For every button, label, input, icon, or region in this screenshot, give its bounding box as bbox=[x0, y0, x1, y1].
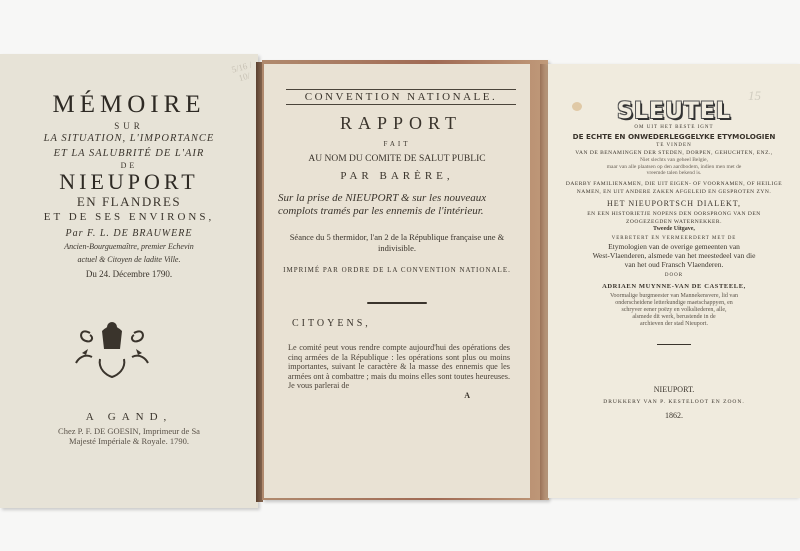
bio-line: Voormalige burgmeester van Mannekensvere… bbox=[548, 293, 800, 300]
book-edition: Tweede Uitgave, bbox=[548, 226, 800, 232]
book-seance: Séance du 5 thermidor, l'an 2 de la Répu… bbox=[264, 232, 530, 254]
book-etym: van het oud Fransch Vlaenderen. bbox=[548, 260, 800, 269]
divider-rule bbox=[657, 344, 691, 346]
book-salutation: CITOYENS, bbox=[264, 318, 530, 329]
book-body-text: Le comité peut vous rendre compte aujour… bbox=[264, 343, 530, 391]
book-rapport-barere: CONVENTION NATIONALE. RAPPORT FAIT AU NO… bbox=[264, 64, 530, 498]
book-author: PAR BARÈRE, bbox=[264, 170, 530, 182]
book-subtitle: LA SITUATION, L'IMPORTANCE bbox=[0, 131, 258, 146]
bio-line: onderscheidene letterkundige maetschappy… bbox=[548, 300, 800, 307]
book-line: vreemde talen bekend is. bbox=[548, 170, 800, 177]
book-line: OM UIT HET BESTE IGNT bbox=[548, 124, 800, 131]
bio-line: archieven der stad Nieuport. bbox=[548, 321, 800, 328]
book-line: TE VINDEN bbox=[548, 142, 800, 149]
book-header: CONVENTION NATIONALE. bbox=[286, 89, 516, 105]
book-imprint: IMPRIMÉ PAR ORDRE DE LA CONVENTION NATIO… bbox=[264, 266, 530, 274]
book-etym: Etymologien van de overige gemeenten van bbox=[548, 242, 800, 251]
book-dialect: HET NIEUPORTSCH DIALEKT, bbox=[548, 198, 800, 210]
book-printer: DRUKKERY VAN P. KESTELOOT EN ZOON. bbox=[548, 399, 800, 405]
book-line: DAERBY FAMILIENAMEN, DIE UIT EIGEN- OF V… bbox=[548, 180, 800, 188]
book-author-role: actuel & Citoyen de ladite Ville. bbox=[0, 255, 258, 265]
book-printer: Chez P. F. DE GOESIN, Imprimeur de Sa Ma… bbox=[0, 426, 258, 446]
bio-line: schryver eener poëzy en volksliederen, a… bbox=[548, 307, 800, 314]
book-memoire-nieuport: 5/16 / 10/ MÉMOIRE SUR LA SITUATION, L'I… bbox=[0, 54, 258, 508]
ornament-basket-icon bbox=[72, 319, 152, 381]
book-line: VERBETERT EN VERMEERDERT MET DE bbox=[548, 235, 800, 242]
book-author: Par F. L. DE BRAUWERE bbox=[0, 228, 258, 239]
book-line: NAMEN, EN UIT ANDERE ZAKEN AFGELEID EN G… bbox=[548, 188, 800, 196]
book-place: A GAND, bbox=[0, 411, 258, 423]
book-author: ADRIAEN MUYNNE-VAN DE CASTEELE, bbox=[548, 283, 800, 290]
book-etym: West-Vlaenderen, alsmede van het meested… bbox=[548, 251, 800, 260]
divider-rule bbox=[367, 302, 427, 304]
book-line: VAN DE BENAMINGEN DER STEDEN, DORPEN, GE… bbox=[548, 149, 800, 157]
book-line: EN EEN HISTORIETJE NOPENS DEN OORSPRONG … bbox=[548, 210, 800, 218]
paper-stain bbox=[572, 102, 582, 111]
pencil-annotation: 5/16 / 10/ bbox=[226, 58, 260, 85]
book-region: EN FLANDRES bbox=[0, 194, 258, 210]
book-title: RAPPORT bbox=[272, 113, 530, 134]
printer-line: Majesté Impériale & Royale. 1790. bbox=[0, 436, 258, 446]
book-text-fait: FAIT bbox=[264, 140, 530, 148]
book-environs: ET DE SES ENVIRONS, bbox=[0, 210, 258, 225]
book-author-bio: Voormalige burgmeester van Mannekensvere… bbox=[548, 293, 800, 328]
book-city: NIEUPORT bbox=[0, 170, 258, 194]
book-text-sur: SUR bbox=[0, 121, 258, 131]
book-line: DE ECHTE EN ONWEDERLEGGELYKE ETYMOLOGIEN bbox=[548, 131, 800, 142]
book-line: ZOOGEZEGDEN WATERNEKKER. bbox=[548, 218, 800, 226]
book-year: 1862. bbox=[548, 411, 800, 420]
book-signature-mark: A bbox=[264, 391, 530, 400]
book-date: Du 24. Décembre 1790. bbox=[0, 269, 258, 279]
book-subject: Sur la prise de NIEUPORT & sur les nouve… bbox=[264, 192, 530, 218]
book-committee: AU NOM DU COMITE DE SALUT PUBLIC bbox=[264, 154, 530, 164]
book-author-role: Ancien-Bourguemaître, premier Echevin bbox=[0, 242, 258, 252]
book-subtitle: ET LA SALUBRITÉ DE L'AIR bbox=[0, 146, 258, 161]
book-title: SLEUTEL bbox=[548, 99, 800, 124]
book-sleutel: 15 SLEUTEL OM UIT HET BESTE IGNT DE ECHT… bbox=[548, 64, 800, 498]
book-place: NIEUPORT. bbox=[548, 385, 800, 394]
book-title: MÉMOIRE bbox=[0, 91, 258, 119]
printer-line: Chez P. F. DE GOESIN, Imprimeur de Sa bbox=[0, 426, 258, 436]
book-door: DOOR bbox=[548, 272, 800, 279]
pencil-annotation: 15 bbox=[748, 88, 761, 104]
bio-line: alsmede dit werk, berustende in de bbox=[548, 314, 800, 321]
